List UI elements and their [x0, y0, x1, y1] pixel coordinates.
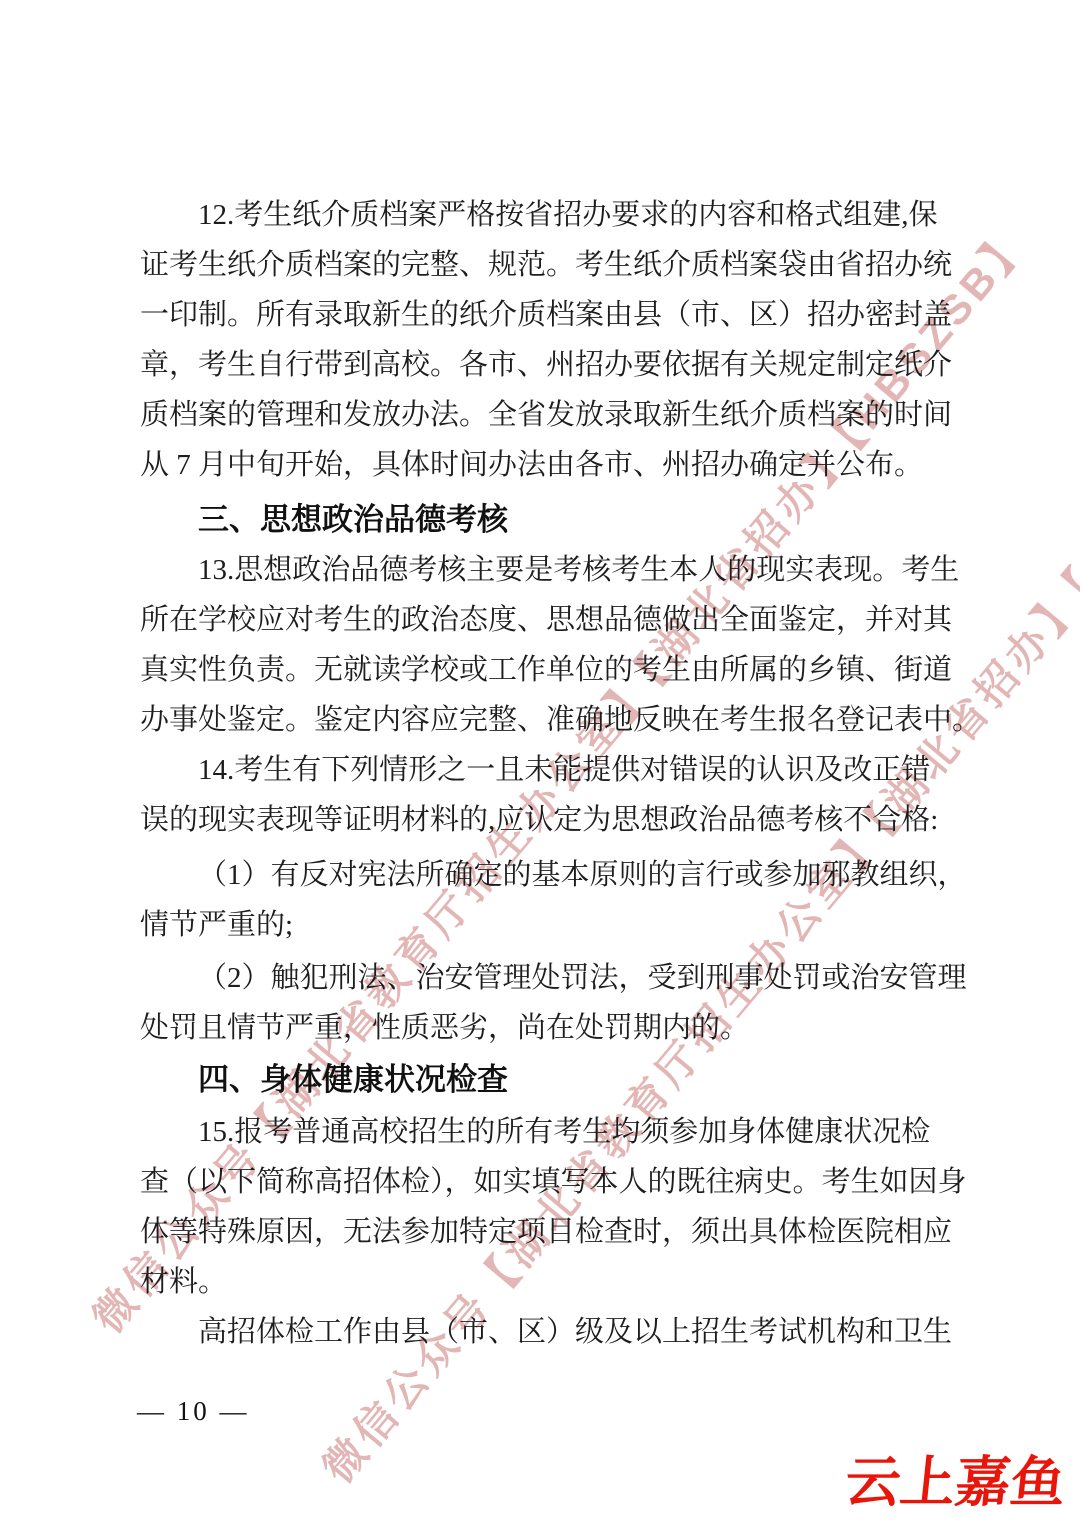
text-line: 真实性负责。无就读学校或工作单位的考生由所属的乡镇、街道: [140, 645, 946, 695]
text-line: 误的现实表现等证明材料的,应认定为思想政治品德考核不合格:: [140, 795, 946, 845]
text-line: 14.考生有下列情形之一且未能提供对错误的认识及改正错: [140, 745, 946, 795]
section-heading-ideology: 三、思想政治品德考核: [140, 495, 946, 545]
text-line: 所在学校应对考生的政治态度、思想品德做出全面鉴定，并对其: [140, 595, 946, 645]
document-body: 12.考生纸介质档案严格按省招办要求的内容和格式组建,保 证考生纸介质档案的完整…: [140, 190, 946, 1357]
red-stamp-text: 云上嘉鱼: [842, 1438, 1070, 1517]
text-line: 章，考生自行带到高校。各市、州招办要依据有关规定制定纸介: [140, 340, 946, 390]
text-line: 办事处鉴定。鉴定内容应完整、准确地反映在考生报名登记表中。: [140, 695, 946, 745]
list-item-line: 情节严重的;: [140, 900, 946, 950]
text-line: 查（以下简称高招体检），如实填写本人的既往病史。考生如因身: [140, 1157, 946, 1207]
text-line: 12.考生纸介质档案严格按省招办要求的内容和格式组建,保: [140, 190, 946, 240]
text-line: 证考生纸介质档案的完整、规范。考生纸介质档案袋由省招办统: [140, 240, 946, 290]
text-line: 高招体检工作由县（市、区）级及以上招生考试机构和卫生: [140, 1307, 946, 1357]
text-line: 体等特殊原因，无法参加特定项目检查时，须出具体检医院相应: [140, 1207, 946, 1257]
text-line: 一印制。所有录取新生的纸介质档案由县（市、区）招办密封盖: [140, 290, 946, 340]
text-line: 从 7 月中旬开始，具体时间办法由各市、州招办确定并公布。: [140, 440, 946, 490]
section-heading-physical-exam: 四、身体健康状况检查: [140, 1055, 946, 1105]
list-item-line: （1）有反对宪法所确定的基本原则的言行或参加邪教组织，: [140, 850, 946, 900]
text-line: 质档案的管理和发放办法。全省发放录取新生纸介质档案的时间: [140, 390, 946, 440]
text-line: 材料。: [140, 1257, 946, 1307]
text-line: 13.思想政治品德考核主要是考核考生本人的现实表现。考生: [140, 545, 946, 595]
list-item-line: 处罚且情节严重，性质恶劣，尚在处罚期内的。: [140, 1003, 946, 1053]
document-page: 微信公众号【湖北省教育厅招生办公室】【湖北省招办】【HBSZSB】 微信公众号【…: [0, 0, 1080, 1527]
text-line: 15.报考普通高校招生的所有考生均须参加身体健康状况检: [140, 1107, 946, 1157]
page-number: — 10 —: [137, 1396, 250, 1427]
list-item-line: （2）触犯刑法、治安管理处罚法，受到刑事处罚或治安管理: [140, 953, 946, 1003]
